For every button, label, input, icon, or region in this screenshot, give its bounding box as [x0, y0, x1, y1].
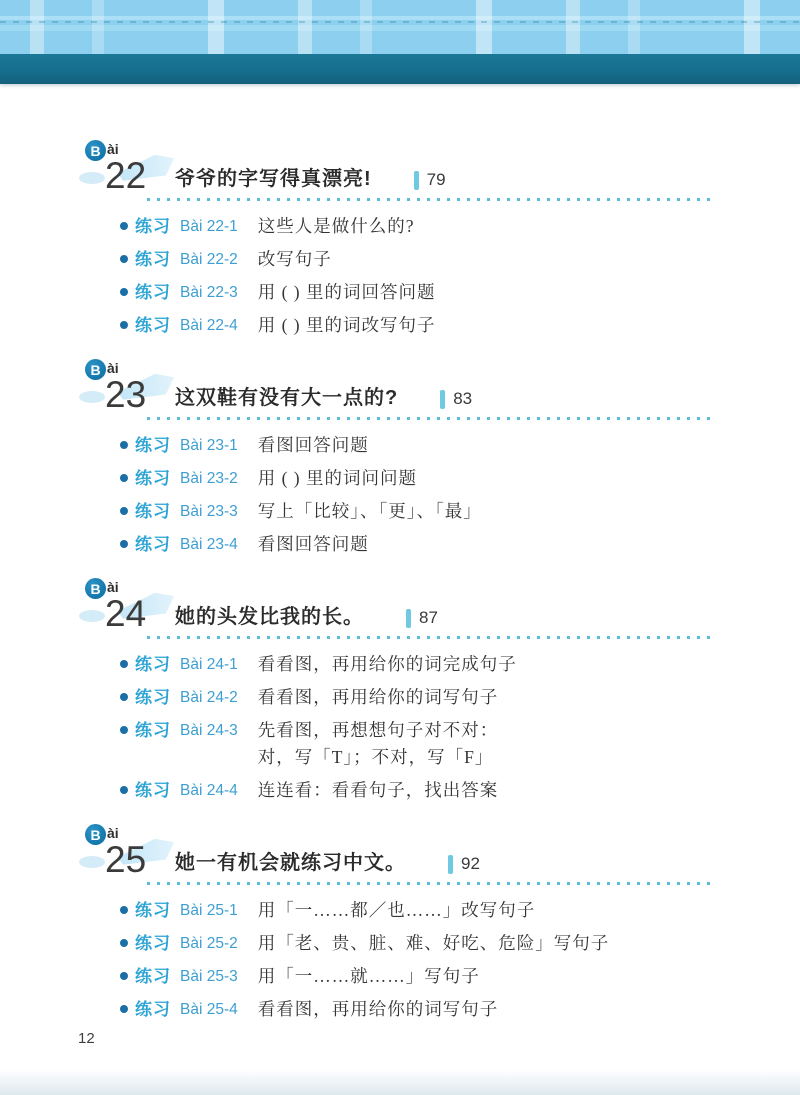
exercise-code: Bài 22-1	[180, 213, 238, 240]
exercise-list: 练习 Bài 24-1 看看图，再用给你的词完成句子 练习 Bài 24-2 看…	[120, 651, 800, 804]
dotted-divider	[147, 417, 714, 420]
brush-blob-icon	[79, 856, 105, 868]
exercise-desc: 看看图，再用给你的词写句子	[258, 996, 499, 1023]
exercise-code: Bài 24-2	[180, 684, 238, 711]
bullet-icon	[120, 507, 128, 515]
lesson-section-23: B ài 23 这双鞋有没有大一点的? 83 练习	[85, 359, 800, 558]
lesson-section-25: B ài 25 她一有机会就练习中文。 92 练习	[85, 824, 800, 1023]
bullet-icon	[120, 972, 128, 980]
bullet-icon	[120, 222, 128, 230]
bottom-fade	[0, 1069, 800, 1095]
book-page: B ài 22 爷爷的字写得真漂亮! 79 练习	[0, 0, 800, 1095]
bullet-icon	[120, 321, 128, 329]
exercise-code: Bài 25-4	[180, 996, 238, 1023]
exercise-desc: 看图回答问题	[258, 531, 369, 558]
exercise-row: 练习 Bài 22-3 用 ( ) 里的词回答问题	[120, 279, 800, 306]
exercise-desc: 看看图，再用给你的词完成句子	[258, 651, 517, 678]
bullet-icon	[120, 288, 128, 296]
badge-b-icon: B	[85, 140, 106, 161]
brush-blob-icon	[79, 172, 105, 184]
exercise-row: 练习 Bài 25-4 看看图，再用给你的词写句子	[120, 996, 800, 1023]
exercise-code: Bài 22-4	[180, 312, 238, 339]
exercise-row: 练习 Bài 23-2 用 ( ) 里的词问问题	[120, 465, 800, 492]
bullet-icon	[120, 906, 128, 914]
exercise-label: 练习	[135, 531, 171, 558]
exercise-code: Bài 22-2	[180, 246, 238, 273]
exercise-desc: 先看图，再想想句子对不对： 对，写「T」；不对，写「F」	[258, 717, 499, 771]
page-number: 12	[78, 1030, 95, 1047]
toc-content: B ài 22 爷爷的字写得真漂亮! 79 练习	[0, 84, 800, 1043]
exercise-desc: 用「一……就……」写句子	[258, 963, 480, 990]
pageref-bar-icon	[448, 855, 453, 874]
exercise-label: 练习	[135, 213, 171, 240]
lesson-title: 她的头发比我的长。	[175, 600, 364, 634]
exercise-row: 练习 Bài 25-3 用「一……就……」写句子	[120, 963, 800, 990]
lesson-section-22: B ài 22 爷爷的字写得真漂亮! 79 练习	[85, 140, 800, 339]
exercise-code: Bài 23-1	[180, 432, 238, 459]
exercise-row: 练习 Bài 25-2 用「老、贵、脏、难、好吃、危险」写句子	[120, 930, 800, 957]
page-ref: 92	[448, 854, 480, 880]
exercise-desc: 用 ( ) 里的词问问题	[258, 465, 417, 492]
page-ref: 87	[406, 608, 438, 634]
exercise-code: Bài 23-4	[180, 531, 238, 558]
bullet-icon	[120, 255, 128, 263]
pageref-number: 87	[419, 608, 438, 628]
lesson-head-row: 24 她的头发比我的长。 87	[105, 594, 800, 634]
exercise-code: Bài 25-2	[180, 930, 238, 957]
exercise-code: Bài 24-3	[180, 717, 238, 744]
exercise-row: 练习 Bài 22-4 用 ( ) 里的词改写句子	[120, 312, 800, 339]
lesson-number: 23	[105, 374, 146, 415]
exercise-desc: 看看图，再用给你的词写句子	[258, 684, 499, 711]
lesson-number-wrap: 24	[105, 594, 157, 634]
lesson-number-wrap: 23	[105, 375, 157, 415]
top-banner	[0, 0, 800, 84]
lesson-head-row: 25 她一有机会就练习中文。 92	[105, 840, 800, 880]
bullet-icon	[120, 1005, 128, 1013]
dotted-divider	[147, 198, 714, 201]
pageref-number: 92	[461, 854, 480, 874]
lesson-head-row: 23 这双鞋有没有大一点的? 83	[105, 375, 800, 415]
lesson-number-wrap: 22	[105, 156, 157, 196]
bullet-icon	[120, 660, 128, 668]
brush-blob-icon	[79, 391, 105, 403]
exercise-label: 练习	[135, 279, 171, 306]
exercise-label: 练习	[135, 432, 171, 459]
brush-blob-icon	[79, 610, 105, 622]
bullet-icon	[120, 786, 128, 794]
badge-b-icon: B	[85, 578, 106, 599]
lesson-number-wrap: 25	[105, 840, 157, 880]
bullet-icon	[120, 693, 128, 701]
bullet-icon	[120, 474, 128, 482]
bullet-icon	[120, 939, 128, 947]
exercise-label: 练习	[135, 684, 171, 711]
lesson-section-24: B ài 24 她的头发比我的长。 87 练习	[85, 578, 800, 804]
exercise-code: Bài 25-1	[180, 897, 238, 924]
exercise-row: 练习 Bài 25-1 用「一……都／也……」改写句子	[120, 897, 800, 924]
exercise-label: 练习	[135, 930, 171, 957]
exercise-row: 练习 Bài 24-2 看看图，再用给你的词写句子	[120, 684, 800, 711]
exercise-code: Bài 25-3	[180, 963, 238, 990]
exercise-row: 练习 Bài 23-1 看图回答问题	[120, 432, 800, 459]
exercise-label: 练习	[135, 996, 171, 1023]
exercise-label: 练习	[135, 465, 171, 492]
exercise-desc: 写上「比较」、「更」、「最」	[258, 498, 482, 525]
exercise-code: Bài 23-2	[180, 465, 238, 492]
exercise-desc: 用 ( ) 里的词回答问题	[258, 279, 436, 306]
exercise-row: 练习 Bài 24-1 看看图，再用给你的词完成句子	[120, 651, 800, 678]
banner-dashed-line	[0, 21, 800, 23]
exercise-label: 练习	[135, 963, 171, 990]
exercise-code: Bài 22-3	[180, 279, 238, 306]
exercise-desc: 用「老、贵、脏、难、好吃、危险」写句子	[258, 930, 610, 957]
exercise-label: 练习	[135, 651, 171, 678]
exercise-label: 练习	[135, 777, 171, 804]
exercise-desc: 连连看：看看句子，找出答案	[258, 777, 499, 804]
exercise-row: 练习 Bài 23-4 看图回答问题	[120, 531, 800, 558]
badge-b-icon: B	[85, 359, 106, 380]
pageref-number: 79	[427, 170, 446, 190]
exercise-label: 练习	[135, 312, 171, 339]
lesson-number: 25	[105, 839, 146, 880]
exercise-code: Bài 24-4	[180, 777, 238, 804]
pageref-bar-icon	[440, 390, 445, 409]
badge-b-icon: B	[85, 824, 106, 845]
lesson-title: 她一有机会就练习中文。	[175, 846, 406, 880]
exercise-row: 练习 Bài 24-4 连连看：看看句子，找出答案	[120, 777, 800, 804]
page-ref: 79	[414, 170, 446, 196]
banner-plaid-stripe	[0, 0, 800, 54]
exercise-list: 练习 Bài 22-1 这些人是做什么的? 练习 Bài 22-2 改写句子 练…	[120, 213, 800, 339]
exercise-desc: 改写句子	[258, 246, 332, 273]
bullet-icon	[120, 540, 128, 548]
lesson-number: 24	[105, 593, 146, 634]
exercise-list: 练习 Bài 25-1 用「一……都／也……」改写句子 练习 Bài 25-2 …	[120, 897, 800, 1023]
exercise-code: Bài 24-1	[180, 651, 238, 678]
exercise-list: 练习 Bài 23-1 看图回答问题 练习 Bài 23-2 用 ( ) 里的词…	[120, 432, 800, 558]
dotted-divider	[147, 636, 714, 639]
lesson-head-row: 22 爷爷的字写得真漂亮! 79	[105, 156, 800, 196]
exercise-row: 练习 Bài 23-3 写上「比较」、「更」、「最」	[120, 498, 800, 525]
bullet-icon	[120, 726, 128, 734]
bullet-icon	[120, 441, 128, 449]
exercise-row: 练习 Bài 24-3 先看图，再想想句子对不对： 对，写「T」；不对，写「F」	[120, 717, 800, 771]
lesson-title: 这双鞋有没有大一点的?	[175, 381, 398, 415]
pageref-bar-icon	[406, 609, 411, 628]
dotted-divider	[147, 882, 714, 885]
exercise-row: 练习 Bài 22-1 这些人是做什么的?	[120, 213, 800, 240]
lesson-title: 爷爷的字写得真漂亮!	[175, 162, 372, 196]
pageref-bar-icon	[414, 171, 419, 190]
exercise-desc: 用「一……都／也……」改写句子	[258, 897, 536, 924]
lesson-number: 22	[105, 155, 146, 196]
exercise-desc: 看图回答问题	[258, 432, 369, 459]
exercise-code: Bài 23-3	[180, 498, 238, 525]
exercise-label: 练习	[135, 498, 171, 525]
banner-teal-bar	[0, 54, 800, 84]
exercise-label: 练习	[135, 717, 171, 744]
exercise-row: 练习 Bài 22-2 改写句子	[120, 246, 800, 273]
page-ref: 83	[440, 389, 472, 415]
exercise-desc: 用 ( ) 里的词改写句子	[258, 312, 436, 339]
exercise-label: 练习	[135, 897, 171, 924]
exercise-desc: 这些人是做什么的?	[258, 213, 415, 240]
exercise-label: 练习	[135, 246, 171, 273]
pageref-number: 83	[453, 389, 472, 409]
